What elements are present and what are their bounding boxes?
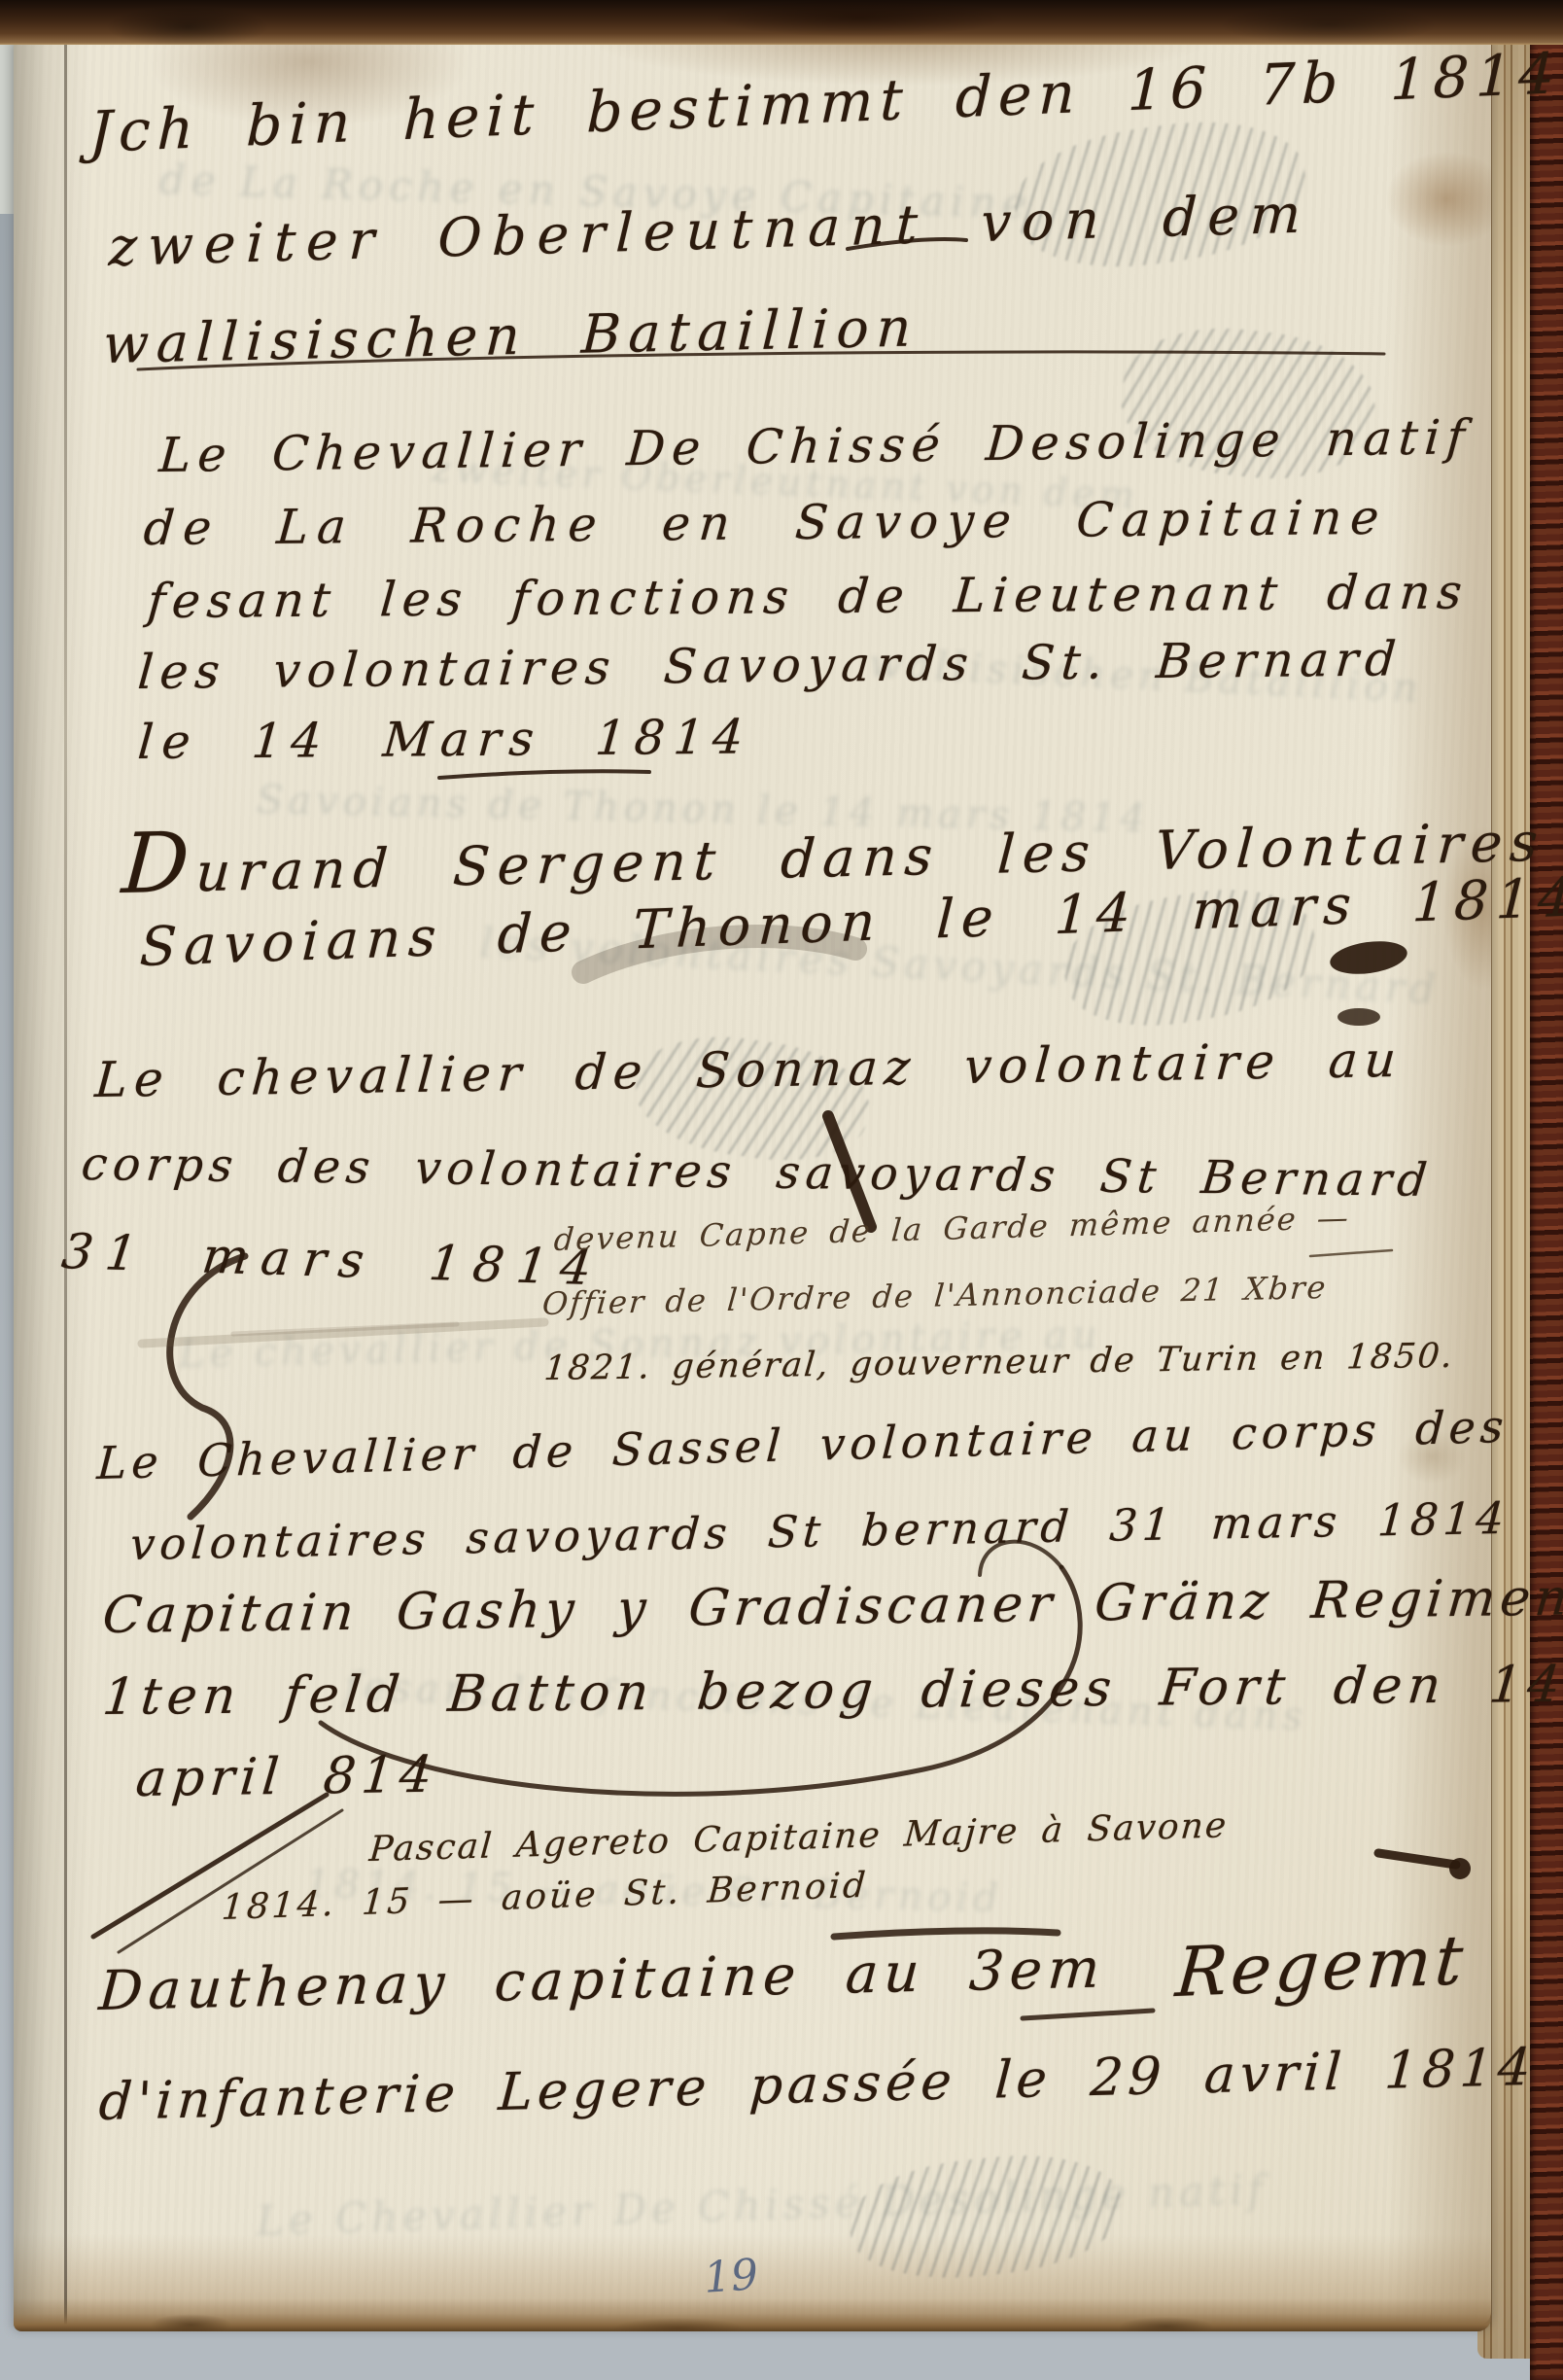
gutter-seam — [64, 39, 67, 2326]
entry-sonnaz-line-2: corps des volontaires savoyards St Berna… — [79, 1137, 1435, 1207]
entry-chisse-line-3: fesant les fonctions de Lieutenant dans — [146, 564, 1471, 629]
entry-chisse-line-1: Le Chevallier De Chissé Desolinge natif — [157, 409, 1474, 483]
ink-smudge — [844, 2145, 1127, 2290]
entry-sonnaz-note-2: Offier de l'Ordre de l'Annonciade 21 Xbr… — [540, 1269, 1329, 1322]
header-line-3: wallisischen Bataillion — [101, 296, 920, 375]
entry-gashy-line-3: april 814 — [133, 1746, 440, 1808]
manuscript-page: de La Roche en Savoye Capitaine zweiter … — [14, 39, 1491, 2326]
entry-agereto-line-1: Pascal Agereto Capitaine Majre à Savone — [367, 1805, 1229, 1870]
entry-sassel-line-1: Le Chevallier de Sassel volontaire au co… — [95, 1400, 1510, 1489]
entry-sassel-line-2: volontaires savoyards St bernard 31 mars… — [128, 1492, 1511, 1570]
deckle-edge — [14, 2298, 1491, 2331]
entry-chisse-line-2: de La Roche en Savoye Capitaine — [142, 490, 1390, 556]
entry-dauthenay-regiment: Regemt — [1173, 1920, 1470, 2012]
entry-sonnaz-line-3: 31 mars 1814 — [59, 1223, 608, 1296]
header-line-2: zweiter Oberleutnant von dem — [108, 182, 1313, 278]
book-cover-edge — [1530, 0, 1563, 2380]
entry-gashy-line-2: 1ten feld Batton bezog dieses Fort den 1… — [100, 1656, 1563, 1727]
manuscript-scan: de La Roche en Savoye Capitaine zweiter … — [0, 0, 1563, 2380]
entry-chisse-line-4: les volontaires Savoyards St. Bernard — [136, 631, 1405, 700]
entry-dauthenay-line-2: d'infanterie Legere passée le 29 avril 1… — [97, 2038, 1537, 2132]
entry-gashy-line-1: Capitain Gashy y Gradiscaner Gränz Regim… — [100, 1568, 1563, 1645]
entry-sonnaz-note-3: 1821. général, gouverneur de Turin en 18… — [542, 1337, 1455, 1388]
bleedthrough-text: Le Chevallier De Chissé Desolinge natif — [256, 2165, 1268, 2245]
entry-sonnaz-line-1: Le chevallier de Sonnaz volontaire au — [93, 1032, 1405, 1108]
entry-dauthenay-line-1: Dauthenay capitaine au 3em — [97, 1937, 1107, 2023]
header-line-1: Jch bin heit bestimmt den 16 7b 1814 — [88, 40, 1562, 165]
entry-agereto-line-2: 1814. 15 — aoüe St. Bernoid — [221, 1866, 870, 1928]
book-binding-top — [0, 0, 1563, 45]
page-number: 19 — [702, 2250, 759, 2303]
entry-sonnaz-note-1: devenu Capne de la Garde même année — — [553, 1199, 1352, 1258]
entry-chisse-line-5: le 14 Mars 1814 — [136, 709, 754, 770]
